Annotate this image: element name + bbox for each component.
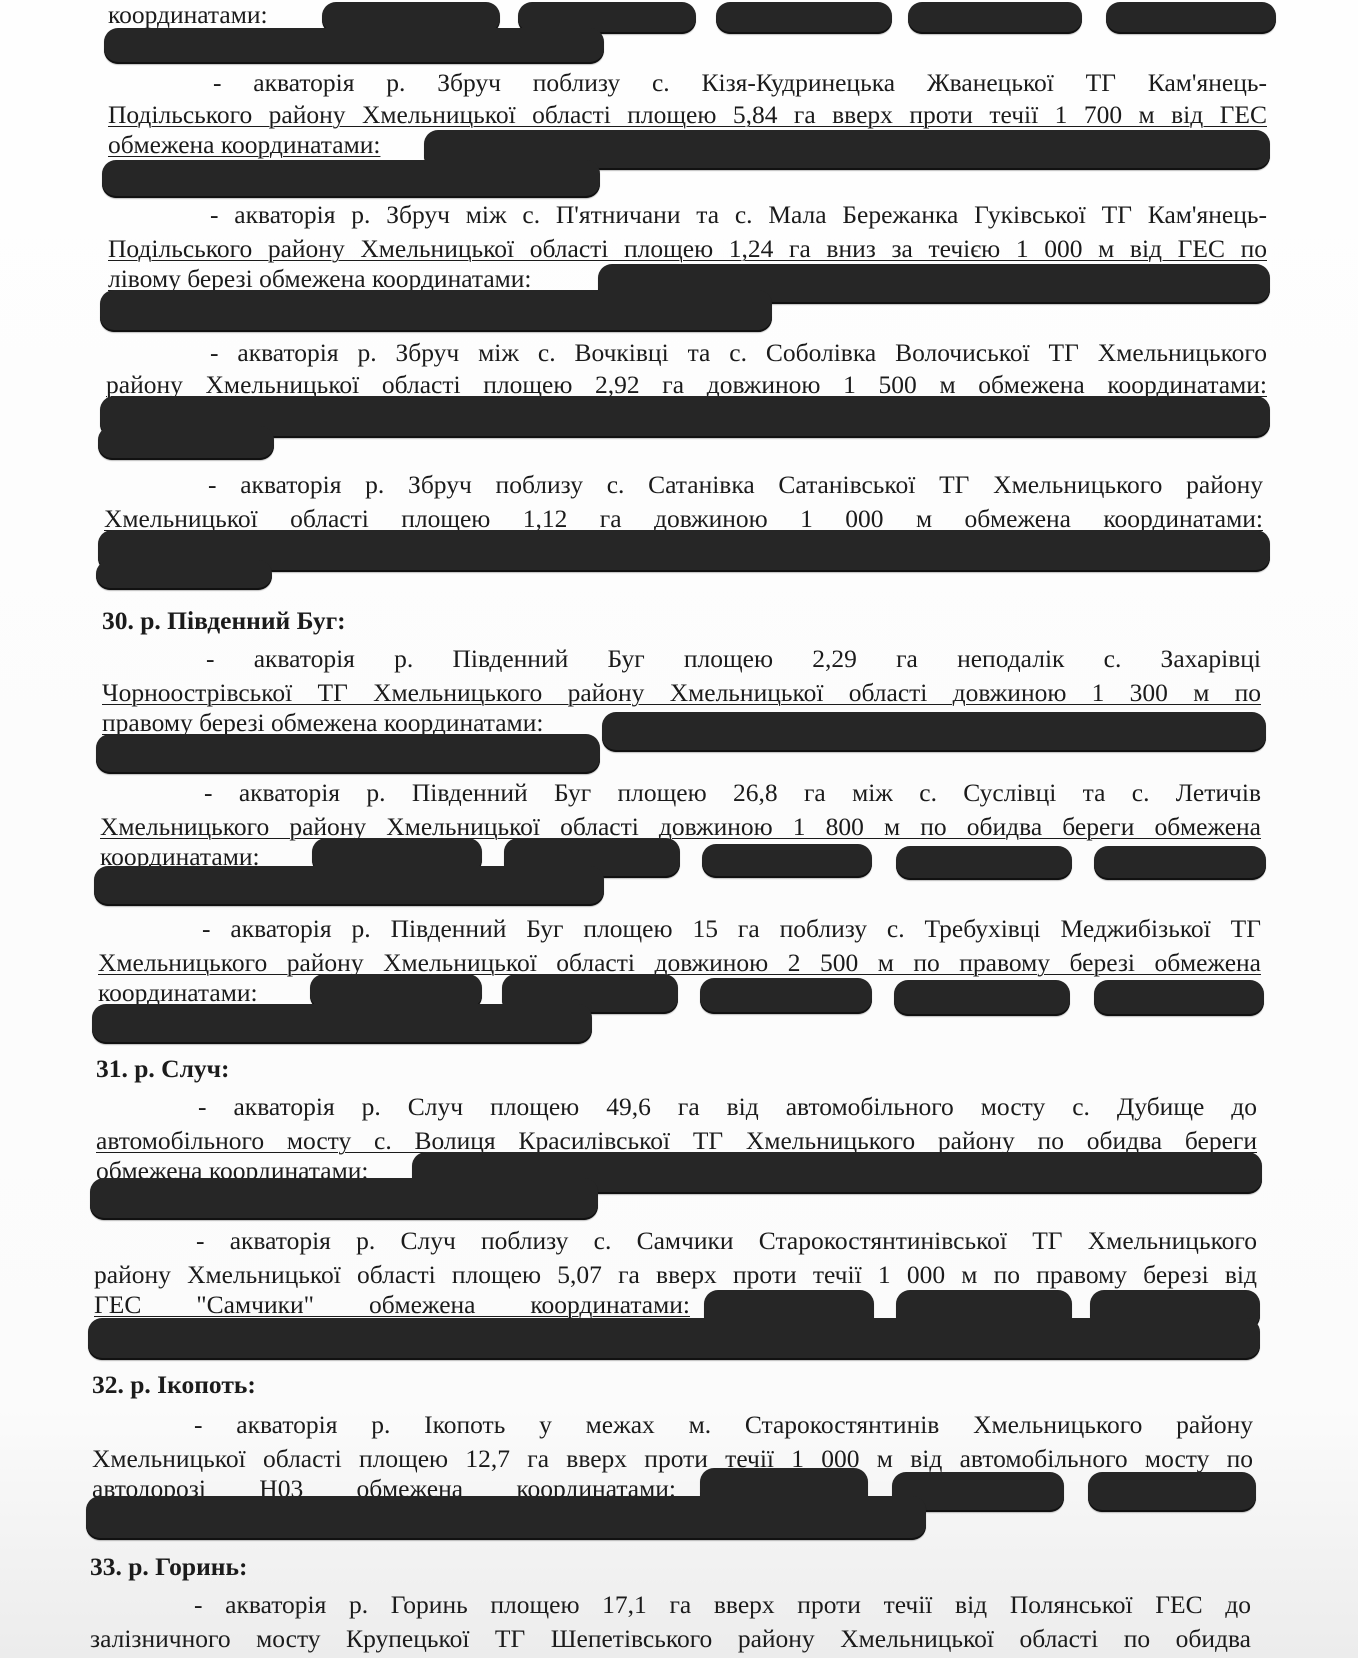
redaction-bar xyxy=(700,978,872,1014)
underlined-text: Хмельницького району Хмельницької област… xyxy=(98,948,1261,977)
redaction-bar xyxy=(96,734,600,774)
redaction-bar xyxy=(86,1496,926,1540)
paragraph-line: - акваторія р. Південний Буг площею 15 г… xyxy=(202,914,1261,944)
redaction-bar xyxy=(908,2,1082,34)
paragraph-line: обмежена координатами: xyxy=(108,130,380,160)
redaction-bar xyxy=(1106,2,1276,34)
redaction-bar xyxy=(94,866,604,906)
section-heading: 32. р. Ікопоть: xyxy=(92,1370,256,1400)
underlined-text: Подільського району Хмельницької області… xyxy=(108,100,1267,129)
underlined-text: автомобільного мосту с. Волиця Красилівс… xyxy=(96,1126,1257,1155)
underlined-text: обмежена координатами: xyxy=(108,130,380,159)
paragraph-line: - акваторія р. Збруч між с. П'ятничани т… xyxy=(210,200,1267,230)
underlined-text: Хмельницького району Хмельницької област… xyxy=(100,812,1261,841)
paragraph-line: Хмельницької області площею 12,7 га ввер… xyxy=(92,1444,1253,1474)
underlined-text: Хмельницької області площею 1,12 га довж… xyxy=(104,504,1263,533)
paragraph-line: Чорноострівської ТГ Хмельницького району… xyxy=(102,678,1261,708)
paragraph-line: ГЕС "Самчики" обмежена координатами: xyxy=(94,1290,690,1320)
redaction-bar xyxy=(716,2,892,34)
section-heading: 30. р. Південний Буг: xyxy=(102,606,346,636)
underlined-text: Хмельницької області площею 12,7 га ввер… xyxy=(92,1444,1253,1473)
document-page: координатами: - акваторія р. Збруч побли… xyxy=(0,0,1358,1658)
paragraph-line: Подільського району Хмельницької області… xyxy=(108,100,1267,130)
redaction-bar xyxy=(104,28,604,64)
paragraph-line: - акваторія р. Збруч між с. Вочківці та … xyxy=(210,338,1267,368)
paragraph-line: Хмельницького району Хмельницької област… xyxy=(98,948,1261,978)
redaction-bar xyxy=(896,846,1072,880)
redaction-bar xyxy=(98,530,1270,572)
redaction-bar xyxy=(100,290,772,332)
paragraph-line: - акваторія р. Случ поблизу с. Самчики С… xyxy=(196,1226,1257,1256)
paragraph-line: - акваторія р. Збруч поблизу с. Сатанівк… xyxy=(208,470,1263,500)
redaction-bar xyxy=(702,844,872,878)
paragraph-line: - акваторія р. Південний Буг площею 26,8… xyxy=(204,778,1261,808)
redaction-bar xyxy=(1094,846,1266,880)
underlined-text: правому березі обмежена координатами: xyxy=(102,708,543,737)
redaction-bar xyxy=(102,160,600,198)
redaction-bar xyxy=(88,1318,1260,1360)
redaction-bar xyxy=(602,712,1266,752)
redaction-bar xyxy=(92,1004,592,1044)
underlined-text: Подільського району Хмельницької області… xyxy=(108,234,1267,263)
redaction-bar xyxy=(98,426,274,460)
redaction-bar xyxy=(90,1178,598,1220)
redaction-bar xyxy=(1094,980,1264,1016)
section-heading: 31. р. Случ: xyxy=(96,1054,230,1084)
paragraph-line: Хмельницького району Хмельницької област… xyxy=(100,812,1261,842)
redaction-bar xyxy=(1088,1472,1256,1512)
paragraph-line: - акваторія р. Південний Буг площею 2,29… xyxy=(206,644,1261,674)
section-heading: 33. р. Горинь: xyxy=(90,1552,247,1582)
paragraph-line: Подільського району Хмельницької області… xyxy=(108,234,1267,264)
redaction-bar xyxy=(96,560,272,590)
paragraph-line: залізничного мосту Крупецької ТГ Шепетів… xyxy=(90,1624,1251,1654)
underlined-text: Чорноострівської ТГ Хмельницького району… xyxy=(102,678,1261,707)
paragraph-line: - акваторія р. Ікопоть у межах м. Старок… xyxy=(194,1410,1253,1440)
paragraph-line: - акваторія р. Збруч поблизу с. Кізя-Куд… xyxy=(213,68,1267,98)
paragraph-line: району Хмельницької області площею 5,07 … xyxy=(94,1260,1257,1290)
redaction-bar xyxy=(100,396,1270,438)
underlined-text: ГЕС "Самчики" обмежена координатами: xyxy=(94,1290,690,1319)
underlined-text: лівому березі обмежена координатами: xyxy=(108,264,532,293)
underlined-text: району Хмельницької області площею 2,92 … xyxy=(106,370,1267,399)
paragraph-line: - акваторія р. Случ площею 49,6 га від а… xyxy=(198,1092,1257,1122)
redaction-bar xyxy=(894,980,1070,1016)
paragraph-line: координатами: xyxy=(108,0,268,30)
underlined-text: району Хмельницької області площею 5,07 … xyxy=(94,1260,1257,1289)
paragraph-line: - акваторія р. Горинь площею 17,1 га вве… xyxy=(194,1590,1251,1620)
